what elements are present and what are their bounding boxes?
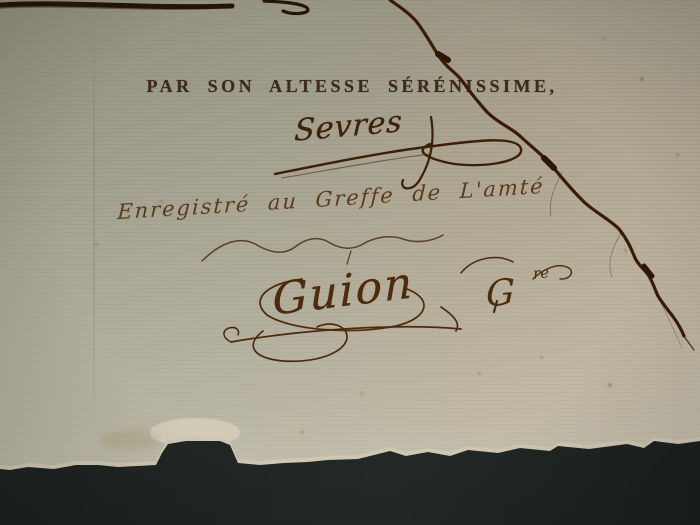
fold-crease [93,0,95,458]
gray-speck [601,37,607,40]
fox-spot [640,77,644,81]
fox-spot [478,372,481,375]
fox-spot [300,430,304,434]
fox-spot [540,356,543,359]
fox-spot [676,153,679,156]
fox-spot [608,383,612,387]
fox-spot [624,249,627,252]
photo-canvas: PAR SON ALTESSE SÉRÉNISSIME, Sevres Enre… [0,0,700,525]
printed-heading: PAR SON ALTESSE SÉRÉNISSIME, [126,76,578,97]
fox-spot [95,243,98,246]
clerk-title-initial: G [486,272,515,316]
fox-spot [360,392,363,395]
stain-mark [100,430,158,450]
clerk-title-superscript: re [532,263,550,282]
